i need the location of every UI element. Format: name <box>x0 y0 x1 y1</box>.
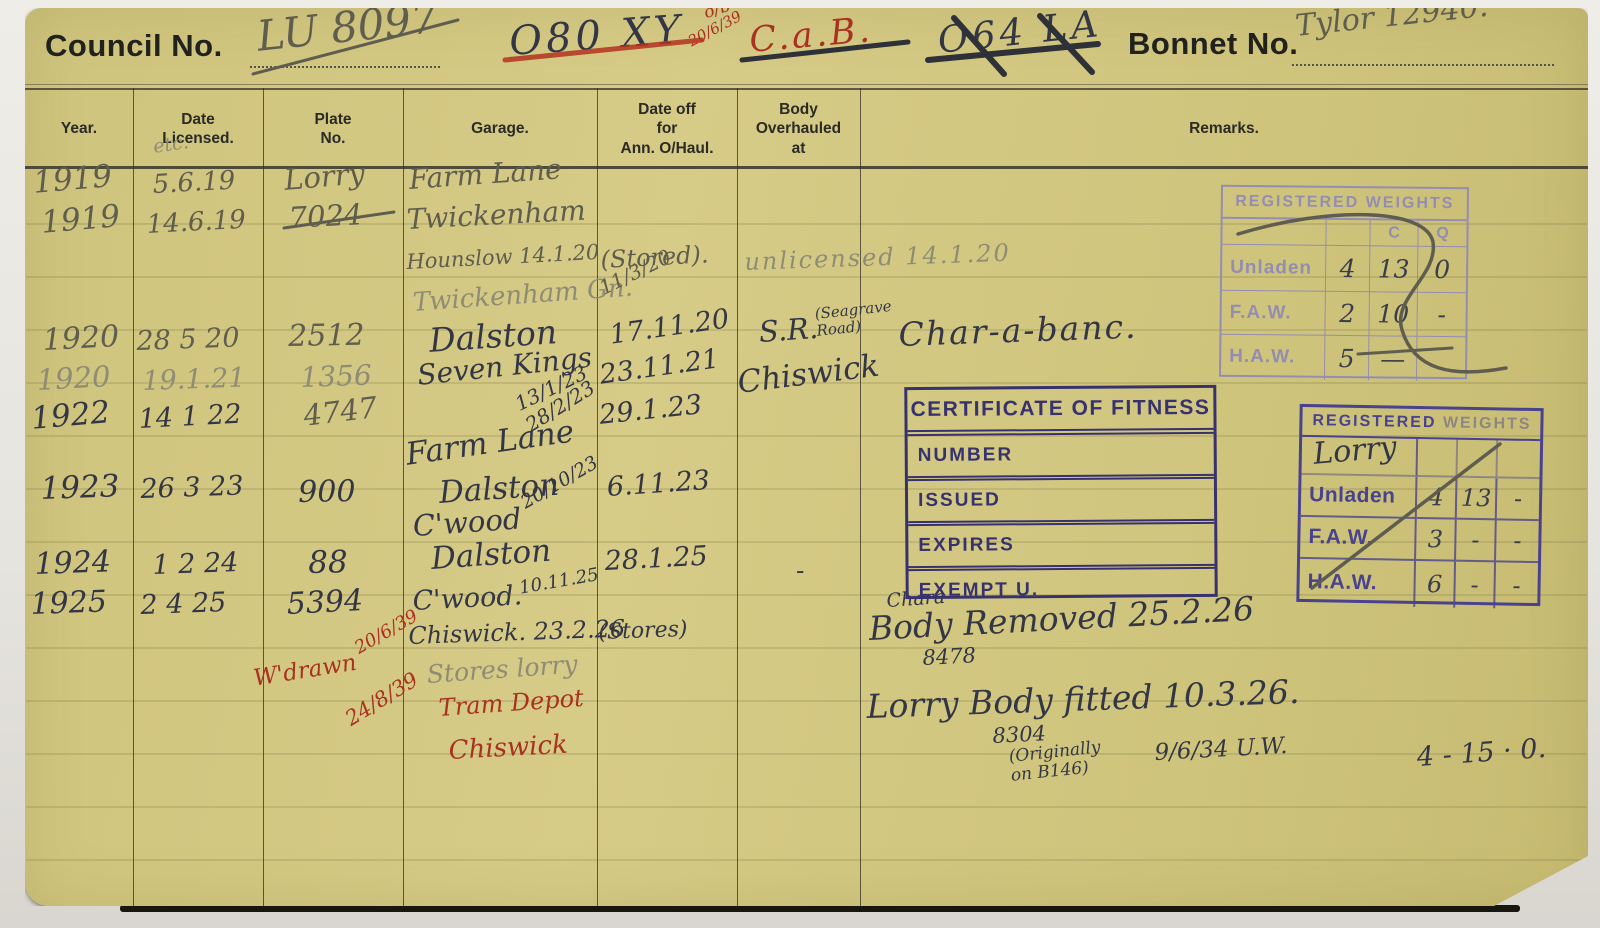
entry-plate: 1356 <box>300 362 372 392</box>
entry-year: 1920 <box>36 362 111 395</box>
col-header-remarks: Remarks. <box>860 92 1588 166</box>
entry-date-licensed: 2 4 25 <box>140 589 227 619</box>
entry-body-overhauled: S.R. <box>758 314 819 347</box>
stamp-col-header-q: Q <box>1418 221 1466 248</box>
stamp-row-label: F.A.W. <box>1221 291 1325 336</box>
council-no-entry-2: O80 XY <box>508 10 686 62</box>
column-divider <box>737 88 738 914</box>
stamp-cell <box>1222 219 1326 246</box>
stamp-row-label: Unladen <box>1301 475 1418 519</box>
stamp-row-exempt: EXEMPT U. <box>909 569 1215 611</box>
stamp-row-number: NUMBER <box>908 434 1214 481</box>
card-content-layer: Council No. LU 8097 O80 XY o/b 20/6/39 C… <box>0 0 1600 928</box>
stamp-cell <box>1457 440 1498 479</box>
header-note-etc: etc. <box>152 133 190 157</box>
council-no-entry-4: O64 LA <box>936 5 1103 59</box>
stamp-value: - <box>1497 478 1540 521</box>
stamp-row-label: F.A.W. <box>1300 517 1417 561</box>
entry-year: 1925 <box>30 587 107 620</box>
stamp-value: 2 <box>1325 292 1369 336</box>
entry-date-licensed: 5.6.19 <box>152 168 236 198</box>
council-no-entry-3: C.a.B. <box>748 13 874 59</box>
col-header-date-licensed: Date Licensed. <box>133 92 263 166</box>
council-dotted-leader <box>250 66 440 68</box>
stamp-value: - <box>1456 520 1497 563</box>
stamp-value: - <box>1417 293 1465 338</box>
header-rule-thin <box>25 84 1588 85</box>
council-no-entry-1: LU 8097 <box>255 0 440 58</box>
entry-plate: Lorry <box>283 159 366 195</box>
stamp-value: 6 <box>1415 561 1456 608</box>
entry-date-licensed: 14.6.19 <box>146 207 246 238</box>
stamp-title: CERTIFICATE OF FITNESS <box>907 388 1213 436</box>
column-divider <box>133 88 134 914</box>
stamp-col-header-c: C <box>1370 220 1418 247</box>
entry-year: 1922 <box>30 397 111 435</box>
entry-garage: Chiswick <box>448 732 568 764</box>
card-shadow-edge <box>120 905 1520 912</box>
entry-date-licensed: 28 5 20 <box>136 324 240 355</box>
remark-char-a-banc: Char-a-banc. <box>898 310 1138 351</box>
stamp-row-issued: ISSUED <box>908 479 1214 526</box>
entry-plate: 900 <box>298 477 356 508</box>
entry-garage-note: (Stores) <box>598 619 688 644</box>
stamp-value: 4 <box>1326 246 1370 292</box>
stamp-value: — <box>1369 336 1417 381</box>
stamp-row-expires: EXPIRES <box>908 524 1214 571</box>
entry-date-licensed: 19.1.21 <box>142 364 246 395</box>
entry-plate: 88 <box>308 547 348 579</box>
entry-plate: 5394 <box>286 586 364 620</box>
entry-year: 1924 <box>34 547 111 580</box>
entry-garage: C'wood. <box>412 582 523 615</box>
stamp-value: - <box>1496 520 1539 563</box>
entry-date-licensed: 26 3 23 <box>140 472 244 503</box>
stamp-cell <box>1417 439 1458 478</box>
stamp-handwritten-lorry: Lorry <box>1312 433 1398 470</box>
bonnet-dotted-leader <box>1292 64 1554 66</box>
entry-date-off: 28.1.25 <box>604 543 708 575</box>
stamp-value: 3 <box>1416 519 1457 562</box>
stamp-value: 4 <box>1417 477 1458 520</box>
entry-date-licensed: 14 1 22 <box>138 401 242 433</box>
stamp-row-label: H.A.W. <box>1299 559 1416 607</box>
stamp-row-label: H.A.W. <box>1221 335 1325 380</box>
col-header-plate-no: Plate No. <box>263 92 403 166</box>
entry-body-overhauled: - <box>796 558 804 583</box>
stamp-value: 13 <box>1457 478 1498 521</box>
stamp-value: 5 <box>1325 336 1369 380</box>
remark-body-removed-number: 8478 <box>922 645 976 669</box>
col-header-date-off: Date off for Ann. O/Haul. <box>597 92 737 166</box>
column-divider <box>597 88 598 914</box>
col-header-year: Year. <box>25 92 133 166</box>
vehicle-record-card: Council No. LU 8097 O80 XY o/b 20/6/39 C… <box>25 8 1588 906</box>
registered-weights-stamp-1: REGISTERED WEIGHTS C Q Unladen 4 13 0 F.… <box>1219 185 1469 380</box>
entry-year: 1920 <box>42 322 120 356</box>
col-header-garage: Garage. <box>403 92 597 166</box>
entry-plate: 7024 <box>288 200 363 233</box>
stamp-value: 10 <box>1369 292 1417 337</box>
stamp-cell <box>1326 220 1370 246</box>
entry-year: 1919 <box>32 161 113 199</box>
column-divider <box>403 88 404 914</box>
entry-date-licensed: 1 2 24 <box>152 549 239 579</box>
stamp-row-label: Unladen <box>1222 245 1326 292</box>
entry-garage: Dalston <box>430 536 552 575</box>
stamp-value: - <box>1495 562 1538 609</box>
entry-date-off: 6.11.23 <box>606 467 711 501</box>
entry-plate: 4747 <box>302 393 379 431</box>
council-no-label: Council No. <box>45 28 223 64</box>
stamp-title-part: REGISTERED <box>1312 412 1436 432</box>
stamp-value: 0 <box>1418 247 1466 294</box>
colheader-rule <box>25 166 1588 169</box>
stamp-title: REGISTERED WEIGHTS <box>1223 187 1467 222</box>
record-card-photo: Council No. LU 8097 O80 XY o/b 20/6/39 C… <box>0 0 1600 928</box>
stamp-value: 13 <box>1370 246 1418 293</box>
column-divider <box>263 88 264 914</box>
column-divider <box>860 88 861 914</box>
col-header-body-overhauled: Body Overhauled at <box>737 92 860 166</box>
header-rule-thick <box>25 88 1588 90</box>
entry-year: 1919 <box>40 201 121 239</box>
certificate-of-fitness-stamp: CERTIFICATE OF FITNESS NUMBER ISSUED EXP… <box>904 385 1217 599</box>
bonnet-no-label: Bonnet No. <box>1128 26 1298 62</box>
entry-year: 1923 <box>40 471 120 505</box>
stamp-value: - <box>1455 562 1496 609</box>
entry-garage: Chiswick. 23.2.26 <box>408 616 626 648</box>
stamp-value <box>1417 337 1465 382</box>
bonnet-no-entry: Tylor 12940. <box>1294 0 1490 42</box>
stamp-cell <box>1497 440 1540 479</box>
stamp-title-part-faded: WEIGHTS <box>1443 414 1532 434</box>
entry-plate: 2512 <box>288 321 365 352</box>
